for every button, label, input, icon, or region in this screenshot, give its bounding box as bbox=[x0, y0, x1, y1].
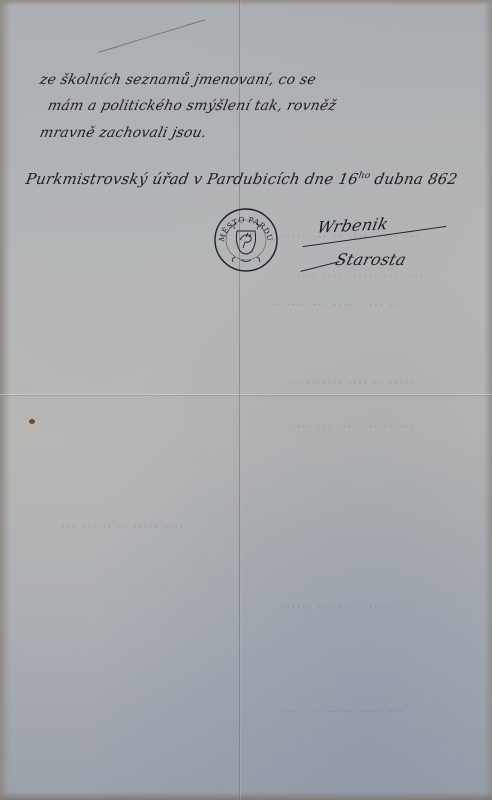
rust-spot bbox=[29, 419, 35, 424]
date-line: Purkmistrovský úřad v Pardubicích dne 16… bbox=[24, 170, 459, 188]
vertical-fold-crease bbox=[239, 0, 241, 800]
letter-body-line: ze školních seznamů jmenovaní, co se bbox=[38, 72, 317, 88]
bleed-through-line: ···· ····· ·· ······ ··· bbox=[58, 520, 184, 535]
bleed-through-line: ······ ···· ··· ······ bbox=[278, 600, 394, 615]
paper-edge-right bbox=[484, 0, 492, 800]
paper-edge-top bbox=[0, 0, 492, 6]
bleed-through-line: ·· ···· ····· ··· ······· bbox=[268, 298, 400, 313]
signature-title: Starosta bbox=[333, 250, 408, 269]
svg-text:MĚSTO PARDUBICE: MĚSTO PARDUBICE bbox=[213, 207, 275, 243]
bleed-through-line: ····· ·· ···· ······· ·· bbox=[288, 376, 414, 391]
paper-edge-left bbox=[0, 0, 10, 800]
horizontal-fold-crease bbox=[0, 394, 492, 396]
paper-edge-bottom bbox=[0, 792, 492, 800]
letter-body-line: mám a politického smýšlení tak, rovněž bbox=[46, 98, 337, 114]
date-line-text: Purkmistrovský úřad v Pardubicích dne 16 bbox=[24, 170, 359, 188]
bleed-through-line: ···· ··· ······ ···· ····· bbox=[288, 270, 425, 285]
signature-name: Wrbenik bbox=[316, 214, 391, 237]
bleed-through-line: ··· ····· ······ ·· ···· bbox=[278, 705, 404, 720]
letter-body-line: mravně zachovali jsou. bbox=[38, 125, 208, 141]
town-seal-stamp-icon: MĚSTO PARDUBICE bbox=[213, 207, 279, 273]
bleed-through-line: ··· ······ ···· ··· ···· bbox=[288, 420, 414, 435]
scanned-document-page: ··· ····· ···· ·· ··· ····· ···· ··· ···… bbox=[0, 0, 492, 800]
date-line-year: dubna 862 bbox=[368, 170, 459, 188]
stray-pen-mark bbox=[98, 19, 205, 53]
